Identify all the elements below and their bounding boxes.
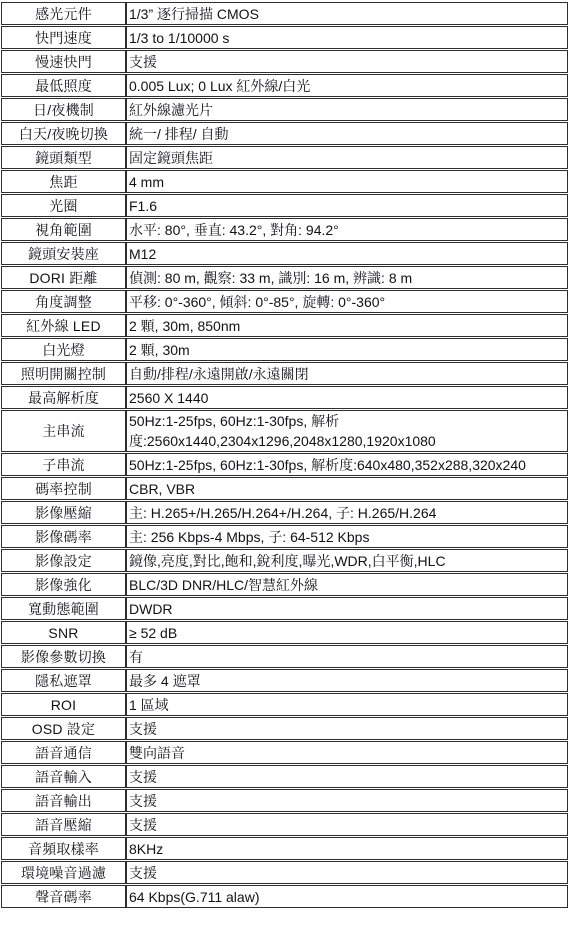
table-row: 影像強化 BLC/3D DNR/HLC/智慧紅外線 <box>1 573 568 596</box>
spec-value: 支援 <box>126 717 568 740</box>
table-row: SNR ≥ 52 dB <box>1 621 568 644</box>
table-row: 快門速度 1/3 to 1/10000 s <box>1 26 568 49</box>
spec-label: OSD 設定 <box>1 717 126 740</box>
spec-label: 光圈 <box>1 194 126 217</box>
spec-value: 1/3” 逐行掃描 CMOS <box>126 2 568 25</box>
spec-value: 偵測: 80 m, 觀察: 33 m, 識別: 16 m, 辨識: 8 m <box>126 266 568 289</box>
table-row: 最高解析度 2560 X 1440 <box>1 386 568 409</box>
spec-label: 慢速快門 <box>1 50 126 73</box>
spec-label: 寬動態範圍 <box>1 597 126 620</box>
spec-value: 2560 X 1440 <box>126 386 568 409</box>
spec-label: 感光元件 <box>1 2 126 25</box>
spec-label: DORI 距離 <box>1 266 126 289</box>
table-row: 隱私遮罩 最多 4 遮罩 <box>1 669 568 692</box>
spec-value: 支援 <box>126 765 568 788</box>
table-row: 碼率控制 CBR, VBR <box>1 477 568 500</box>
spec-label: 語音壓縮 <box>1 813 126 836</box>
table-row: 語音通信 雙向語音 <box>1 741 568 764</box>
spec-value: 64 Kbps(G.711 alaw) <box>126 885 568 908</box>
spec-label: 主串流 <box>1 410 126 452</box>
spec-label: 鏡頭安裝座 <box>1 242 126 265</box>
spec-value: 支援 <box>126 789 568 812</box>
table-row: 紅外線 LED 2 顆, 30m, 850nm <box>1 314 568 337</box>
table-row: 感光元件 1/3” 逐行掃描 CMOS <box>1 2 568 25</box>
spec-value: 最多 4 遮罩 <box>126 669 568 692</box>
spec-label: 子串流 <box>1 453 126 476</box>
spec-value: 自動/排程/永遠開啟/永遠關閉 <box>126 362 568 385</box>
table-row: 慢速快門 支援 <box>1 50 568 73</box>
spec-value: 紅外線濾光片 <box>126 98 568 121</box>
camera-spec-table: 感光元件 1/3” 逐行掃描 CMOS 快門速度 1/3 to 1/10000 … <box>1 1 568 909</box>
spec-value: 2 顆, 30m <box>126 338 568 361</box>
table-row: OSD 設定 支援 <box>1 717 568 740</box>
spec-value: 有 <box>126 645 568 668</box>
spec-label: 焦距 <box>1 170 126 193</box>
spec-label: 隱私遮罩 <box>1 669 126 692</box>
spec-label: 白光燈 <box>1 338 126 361</box>
spec-label: 白天/夜晚切換 <box>1 122 126 145</box>
table-row: 角度調整 平移: 0°-360°, 傾斜: 0°-85°, 旋轉: 0°-360… <box>1 290 568 313</box>
spec-label: 日/夜機制 <box>1 98 126 121</box>
spec-value: DWDR <box>126 597 568 620</box>
table-row: 視角範圍 水平: 80°, 垂直: 43.2°, 對角: 94.2° <box>1 218 568 241</box>
table-row: 照明開關控制 自動/排程/永遠開啟/永遠關閉 <box>1 362 568 385</box>
spec-label: 影像參數切換 <box>1 645 126 668</box>
table-row: 影像參數切換 有 <box>1 645 568 668</box>
spec-value: 支援 <box>126 861 568 884</box>
table-row: 日/夜機制 紅外線濾光片 <box>1 98 568 121</box>
table-row: 音頻取樣率 8KHz <box>1 837 568 860</box>
table-row: 子串流 50Hz:1-25fps, 60Hz:1-30fps, 解析度:640x… <box>1 453 568 476</box>
spec-value: 1 區域 <box>126 693 568 716</box>
spec-label: 碼率控制 <box>1 477 126 500</box>
spec-value: 水平: 80°, 垂直: 43.2°, 對角: 94.2° <box>126 218 568 241</box>
spec-label: 影像壓縮 <box>1 501 126 524</box>
spec-label: 聲音碼率 <box>1 885 126 908</box>
spec-value: BLC/3D DNR/HLC/智慧紅外線 <box>126 573 568 596</box>
spec-label: 影像設定 <box>1 549 126 572</box>
spec-value: 統一/ 排程/ 自動 <box>126 122 568 145</box>
spec-label: SNR <box>1 621 126 644</box>
spec-value: CBR, VBR <box>126 477 568 500</box>
spec-sheet-page: 感光元件 1/3” 逐行掃描 CMOS 快門速度 1/3 to 1/10000 … <box>0 0 570 930</box>
spec-value: 固定鏡頭焦距 <box>126 146 568 169</box>
spec-label: 快門速度 <box>1 26 126 49</box>
table-row: 影像壓縮 主: H.265+/H.265/H.264+/H.264, 子: H.… <box>1 501 568 524</box>
spec-label: 鏡頭類型 <box>1 146 126 169</box>
spec-label: 音頻取樣率 <box>1 837 126 860</box>
table-row: 語音輸出 支援 <box>1 789 568 812</box>
table-row: 光圈 F1.6 <box>1 194 568 217</box>
table-row: 聲音碼率 64 Kbps(G.711 alaw) <box>1 885 568 908</box>
table-row: 影像碼率 主: 256 Kbps-4 Mbps, 子: 64-512 Kbps <box>1 525 568 548</box>
spec-label: 紅外線 LED <box>1 314 126 337</box>
spec-label: 語音輸入 <box>1 765 126 788</box>
table-row: 主串流 50Hz:1-25fps, 60Hz:1-30fps, 解析度:2560… <box>1 410 568 452</box>
table-row: 鏡頭安裝座 M12 <box>1 242 568 265</box>
spec-value: 鏡像,亮度,對比,飽和,銳利度,曝光,WDR,白平衡,HLC <box>126 549 568 572</box>
spec-label: 最低照度 <box>1 74 126 97</box>
spec-value: 4 mm <box>126 170 568 193</box>
spec-value: 0.005 Lux; 0 Lux 紅外線/白光 <box>126 74 568 97</box>
table-row: 環境噪音過濾 支援 <box>1 861 568 884</box>
spec-label: 最高解析度 <box>1 386 126 409</box>
spec-value: F1.6 <box>126 194 568 217</box>
spec-label: 語音通信 <box>1 741 126 764</box>
table-row: 白天/夜晚切換 統一/ 排程/ 自動 <box>1 122 568 145</box>
table-row: 最低照度 0.005 Lux; 0 Lux 紅外線/白光 <box>1 74 568 97</box>
spec-label: 影像強化 <box>1 573 126 596</box>
spec-value: 50Hz:1-25fps, 60Hz:1-30fps, 解析度:2560x144… <box>126 410 568 452</box>
table-row: 語音輸入 支援 <box>1 765 568 788</box>
table-row: 語音壓縮 支援 <box>1 813 568 836</box>
spec-label: 語音輸出 <box>1 789 126 812</box>
spec-value: 平移: 0°-360°, 傾斜: 0°-85°, 旋轉: 0°-360° <box>126 290 568 313</box>
spec-value: 支援 <box>126 813 568 836</box>
table-row: ROI 1 區域 <box>1 693 568 716</box>
spec-label: 視角範圍 <box>1 218 126 241</box>
spec-value: 主: H.265+/H.265/H.264+/H.264, 子: H.265/H… <box>126 501 568 524</box>
spec-table-body: 感光元件 1/3” 逐行掃描 CMOS 快門速度 1/3 to 1/10000 … <box>1 2 568 908</box>
spec-label: 照明開關控制 <box>1 362 126 385</box>
spec-value: 支援 <box>126 50 568 73</box>
spec-value: 50Hz:1-25fps, 60Hz:1-30fps, 解析度:640x480,… <box>126 453 568 476</box>
table-row: 鏡頭類型 固定鏡頭焦距 <box>1 146 568 169</box>
spec-value: 主: 256 Kbps-4 Mbps, 子: 64-512 Kbps <box>126 525 568 548</box>
spec-value: 1/3 to 1/10000 s <box>126 26 568 49</box>
table-row: 焦距 4 mm <box>1 170 568 193</box>
spec-label: 影像碼率 <box>1 525 126 548</box>
spec-value: 8KHz <box>126 837 568 860</box>
table-row: 寬動態範圍 DWDR <box>1 597 568 620</box>
spec-value: ≥ 52 dB <box>126 621 568 644</box>
table-row: 白光燈 2 顆, 30m <box>1 338 568 361</box>
spec-value: 2 顆, 30m, 850nm <box>126 314 568 337</box>
spec-label: 角度調整 <box>1 290 126 313</box>
table-row: DORI 距離 偵測: 80 m, 觀察: 33 m, 識別: 16 m, 辨識… <box>1 266 568 289</box>
spec-value: 雙向語音 <box>126 741 568 764</box>
table-row: 影像設定 鏡像,亮度,對比,飽和,銳利度,曝光,WDR,白平衡,HLC <box>1 549 568 572</box>
spec-value: M12 <box>126 242 568 265</box>
spec-label: 環境噪音過濾 <box>1 861 126 884</box>
spec-label: ROI <box>1 693 126 716</box>
